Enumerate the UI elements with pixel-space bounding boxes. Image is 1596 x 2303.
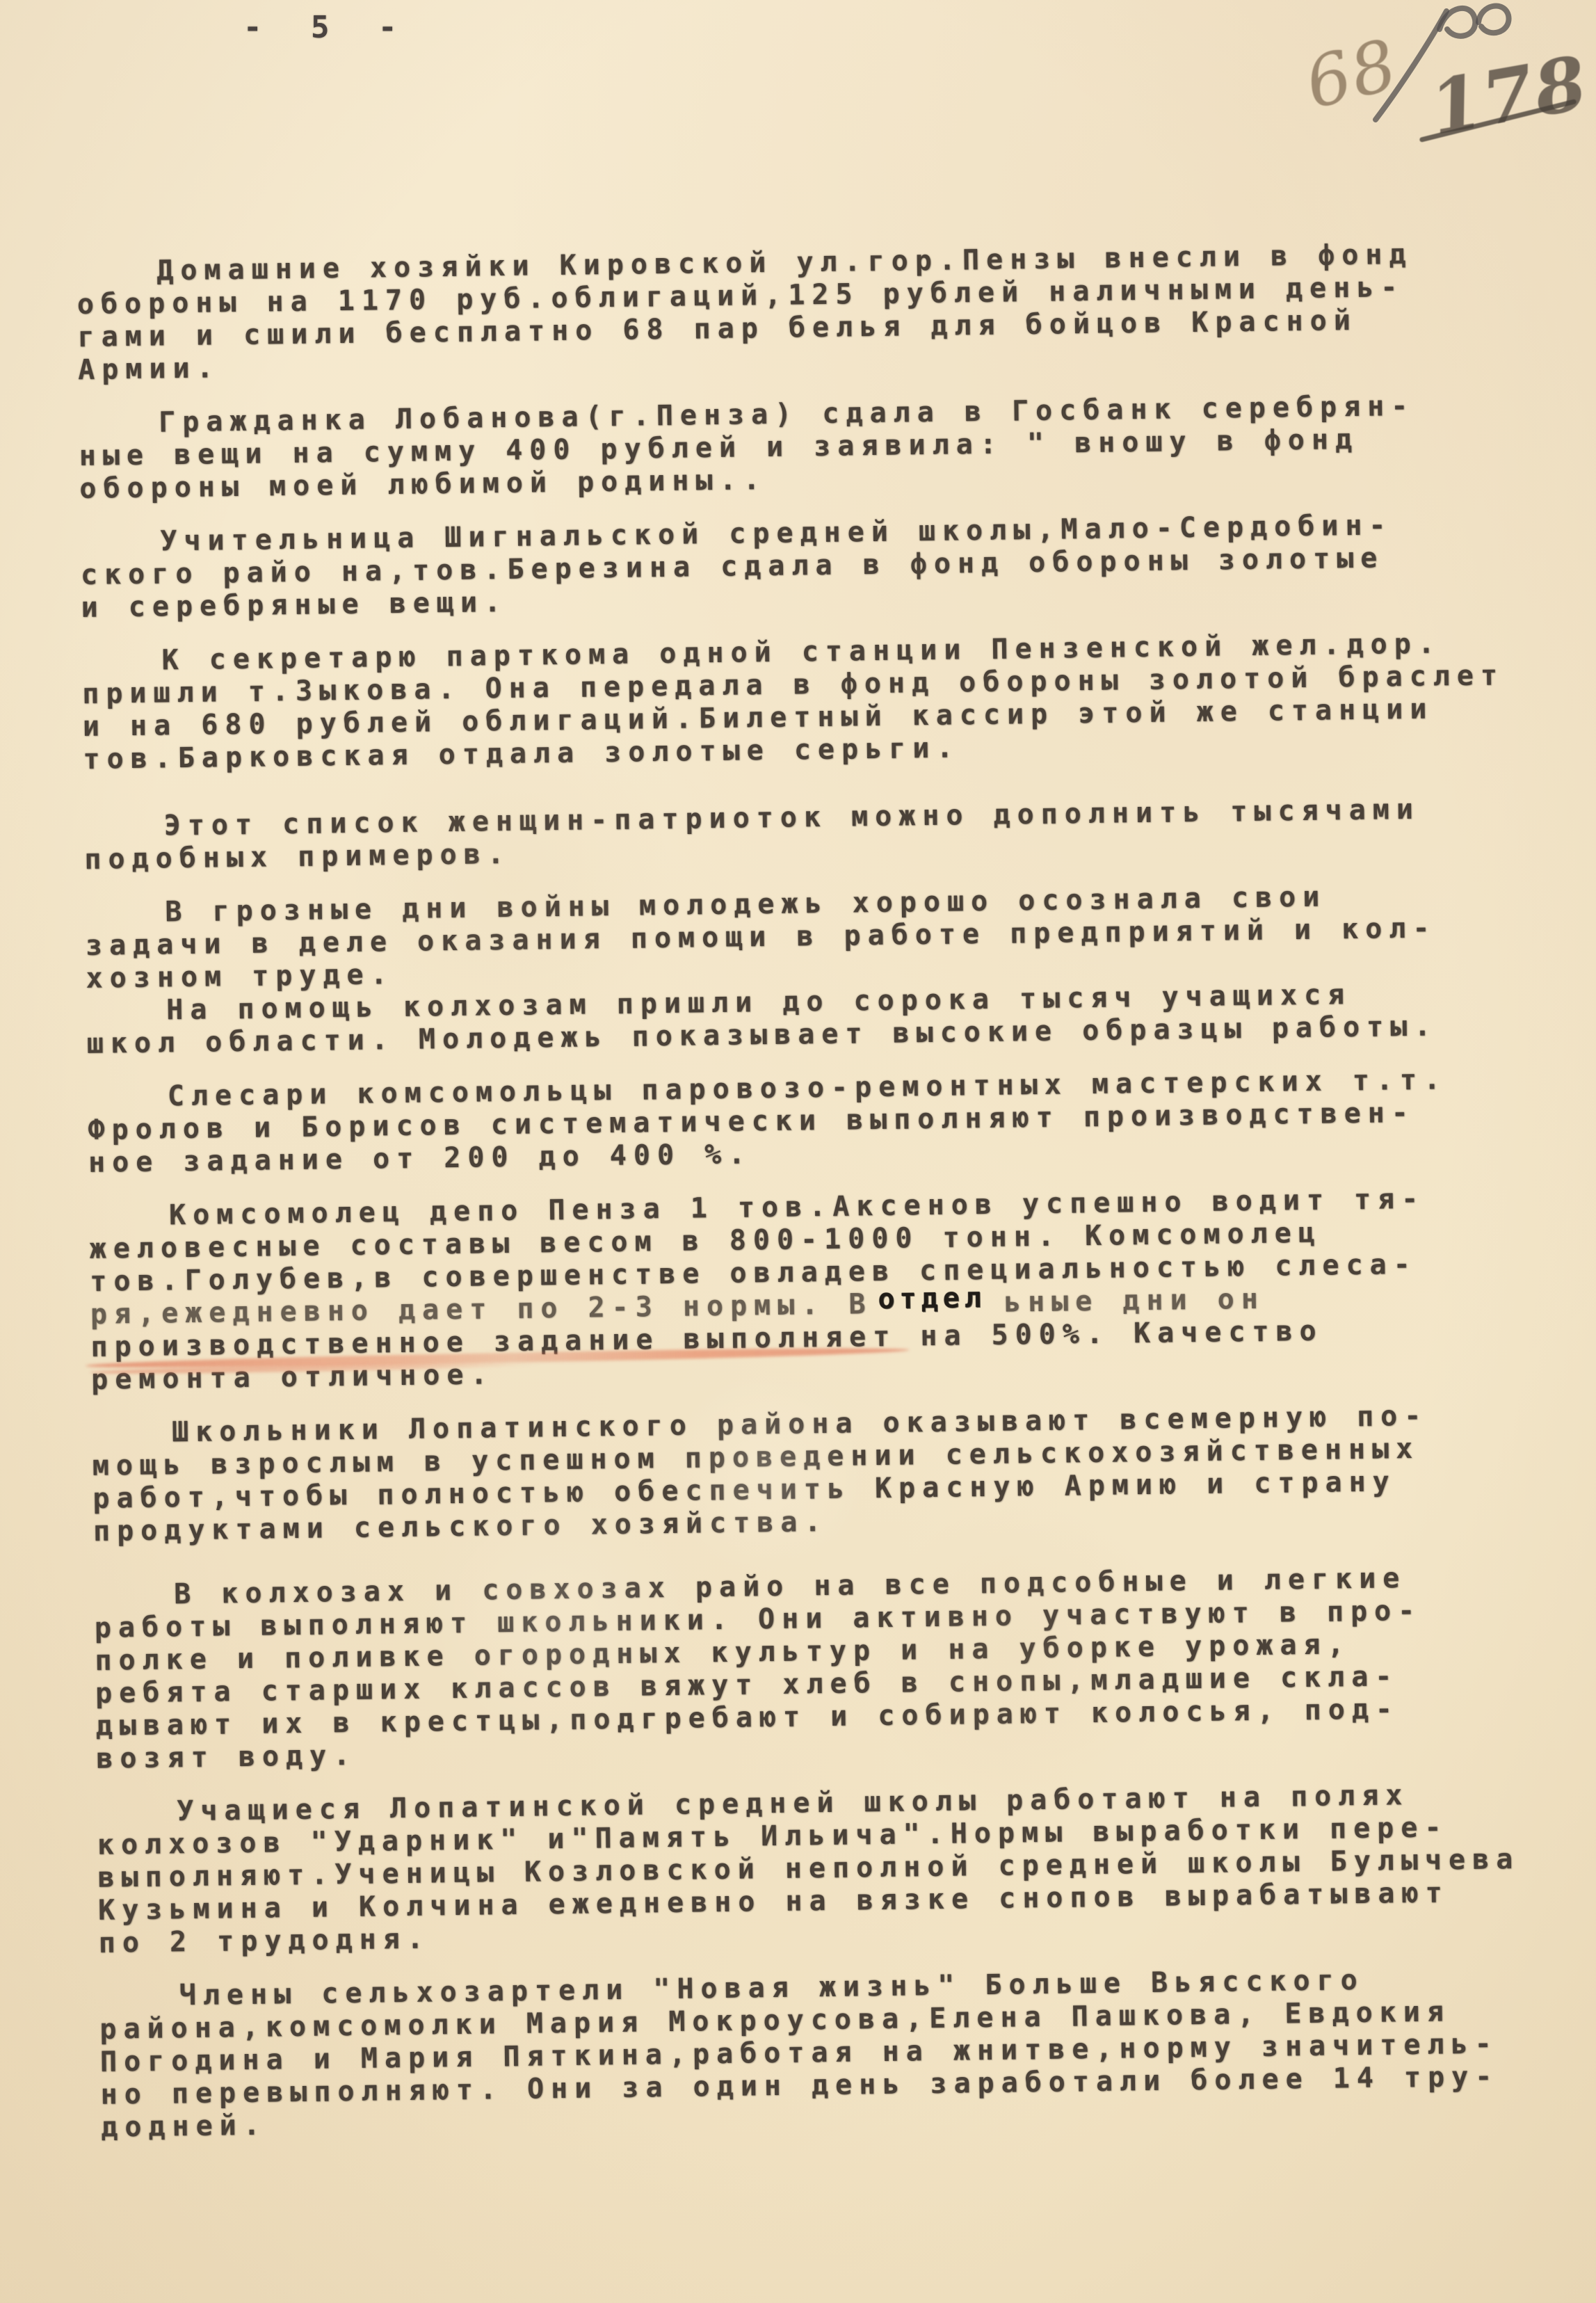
page-number: - 5 - (243, 10, 403, 45)
document-page: - 5 - 68 178 Домашние хозяйки Кировской … (0, 0, 1596, 2303)
paragraph-teacher: Учительница Шигнальской средней школы,Ма… (80, 507, 1563, 625)
paragraph-locksmiths: Слесари комсомольцы паровозо-ремонтных м… (88, 1062, 1570, 1180)
paragraph-udarnik-kolkhoz: Учащиеся Лопатинской средней школы работ… (97, 1777, 1580, 1960)
paragraph-zykova: К секретарю парткома одной станции Пензе… (81, 626, 1564, 776)
paragraph-field-work: В колхозах и совхозах райо на все подсоб… (94, 1560, 1578, 1776)
paragraph-aksenov: Комсомолец депо Пенза 1 тов.Аксенов успе… (89, 1181, 1573, 1397)
paragraph-patriot-list: Этот список женщин-патриоток можно допол… (83, 792, 1565, 876)
paragraph-youth-war: В грозные дни войны молодежь хорошо осоз… (85, 878, 1567, 995)
typed-line-post: ьные дни он (1004, 1283, 1265, 1319)
paragraph-novaya-zhizn: Члены сельхозартели "Новая жизнь" Больше… (99, 1961, 1582, 2144)
paragraph-lopatino-schoolchildren: Школьники Лопатинского района оказывают … (92, 1398, 1574, 1548)
paragraph-lobanova: Гражданка Лобанова(г.Пенза) сдала в Госб… (79, 388, 1561, 506)
typed-insert-otdel: отдел (878, 1282, 986, 1316)
typed-text-block: Домашние хозяйки Кировской ул.гор.Пензы … (76, 236, 1582, 2144)
paragraph-housewives: Домашние хозяйки Кировской ул.гор.Пензы … (76, 236, 1559, 387)
